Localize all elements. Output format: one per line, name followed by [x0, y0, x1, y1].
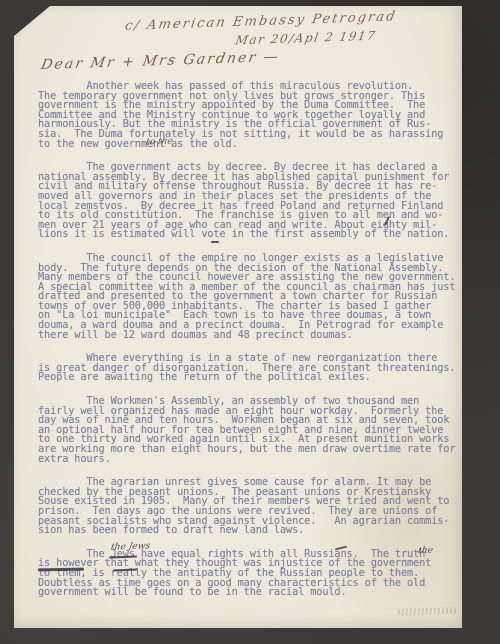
corner-fold-shadow — [14, 6, 54, 40]
paragraph-agrarian: The agrarian unrest gives some cause for… — [38, 478, 462, 536]
paragraph-jews: The Jews have equal rights with all Russ… — [38, 550, 462, 598]
paragraph-council: The council of the empire no longer exis… — [38, 254, 462, 340]
paragraph-workmen: The Workmen's Assembly, an assembly of t… — [38, 397, 462, 464]
letter-body: Another week has passed of this miraculo… — [38, 82, 462, 612]
scanned-letter-page: { "scan": { "background_color": "#3b3a37… — [0, 0, 500, 644]
handwritten-insertion-the: the — [417, 546, 434, 557]
paragraph-revolution: Another week has passed of this miraculo… — [38, 82, 462, 149]
ink-strike-votes-s — [211, 241, 219, 243]
pencil-inscription — [398, 607, 456, 616]
handwritten-date: Mar 20/Apl 2 1917 — [234, 29, 377, 48]
handwritten-salutation: Dear Mr + Mrs Gardner — — [40, 49, 281, 73]
handwritten-insertion-the-jews: the Jews — [110, 541, 151, 552]
paragraph-decrees: The government acts by decree. By decree… — [38, 163, 462, 240]
handwritten-insertion-to: to the — [145, 137, 174, 148]
letter-paper: c/ American Embassy Petrograd Mar 20/Apl… — [14, 6, 462, 628]
paragraph-reorganization: Where everything is in a state of new re… — [38, 354, 462, 383]
